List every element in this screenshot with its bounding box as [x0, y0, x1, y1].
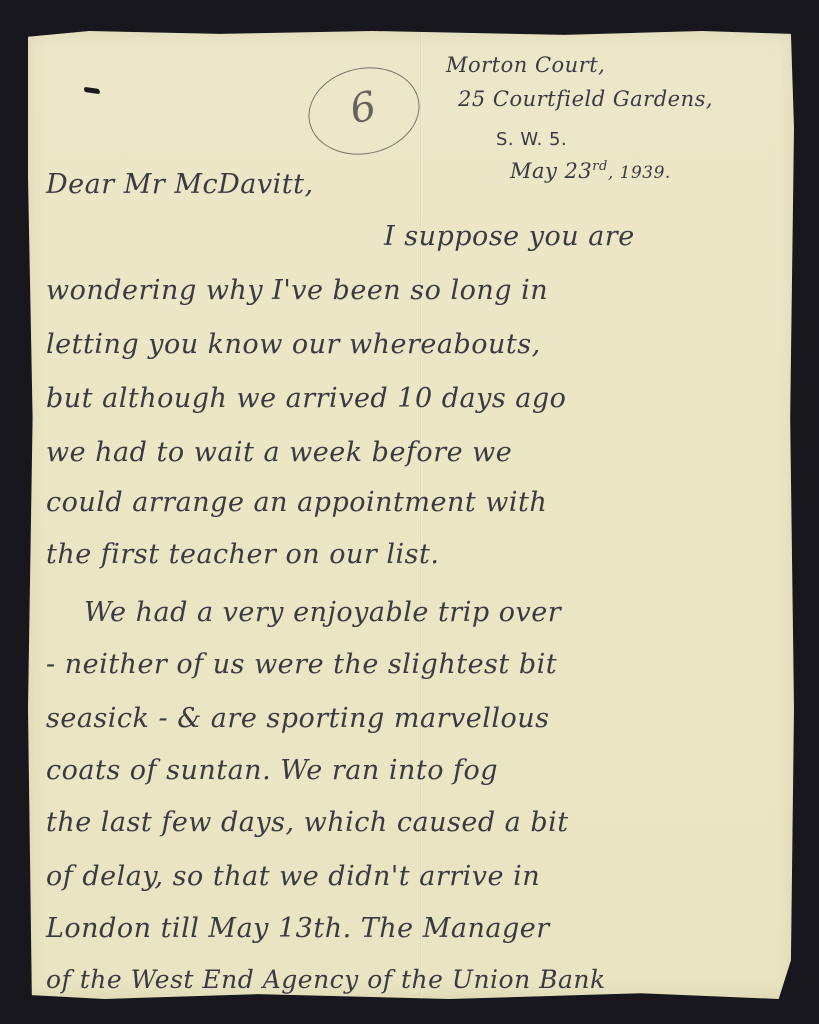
address-line-3: S. W. 5.	[496, 129, 567, 150]
body-line: could arrange an appointment with	[46, 487, 547, 518]
body-line: the last few days, which caused a bit	[46, 807, 569, 838]
letter-date: May 23rd, 1939.	[510, 159, 671, 183]
body-line: wondering why I've been so long in	[46, 275, 548, 306]
address-line-2: 25 Courtfield Gardens,	[458, 87, 713, 111]
paper-tear-mark	[84, 87, 101, 94]
date-year: , 1939.	[608, 163, 671, 183]
date-month-day: May 23	[510, 159, 592, 183]
body-line: of delay, so that we didn't arrive in	[46, 861, 540, 892]
page-number-circle: 6	[300, 57, 427, 164]
letter-page: 6 Morton Court, 25 Courtfield Gardens, S…	[28, 31, 794, 999]
address-line-1: Morton Court,	[446, 53, 605, 77]
body-line: we had to wait a week before we	[46, 437, 512, 468]
document-viewer: 6 Morton Court, 25 Courtfield Gardens, S…	[0, 0, 819, 1024]
salutation: Dear Mr McDavitt,	[46, 169, 314, 200]
body-line: coats of suntan. We ran into fog	[46, 755, 498, 786]
body-line: I suppose you are	[384, 221, 635, 252]
body-line: London till May 13th. The Manager	[46, 913, 550, 944]
date-suffix: rd	[592, 159, 608, 174]
body-line: seasick - & are sporting marvellous	[46, 703, 550, 734]
body-line: - neither of us were the slightest bit	[46, 649, 557, 680]
body-line: letting you know our whereabouts,	[46, 329, 541, 360]
body-line: but although we arrived 10 days ago	[46, 383, 566, 414]
body-line: We had a very enjoyable trip over	[84, 597, 561, 628]
page-number: 6	[346, 83, 380, 133]
body-line: of the West End Agency of the Union Bank	[46, 965, 606, 994]
body-line: the first teacher on our list.	[46, 539, 439, 570]
